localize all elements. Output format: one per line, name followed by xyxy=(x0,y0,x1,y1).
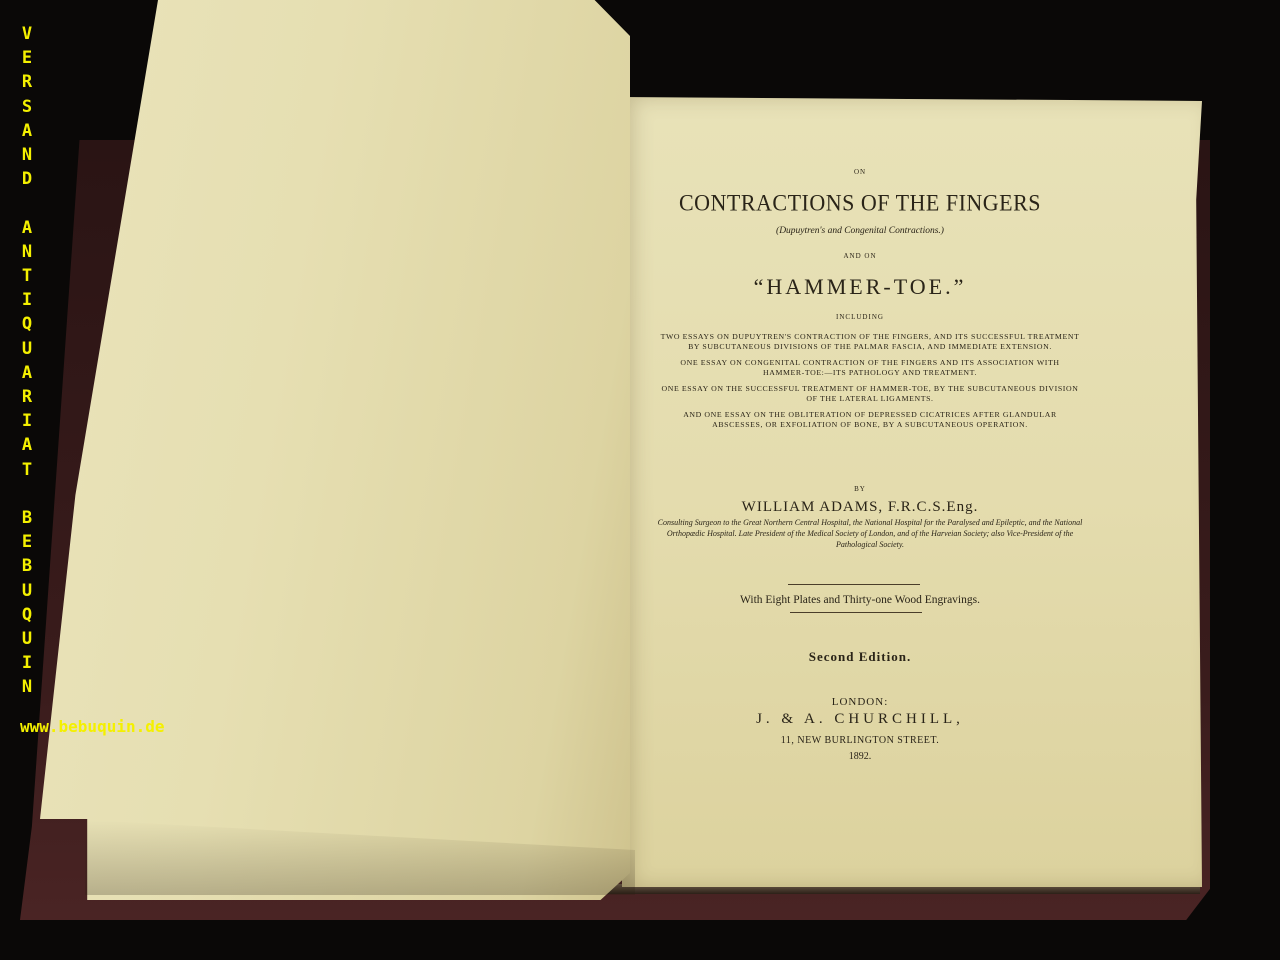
essay-item: TWO ESSAYS ON DUPUYTREN'S CONTRACTION OF… xyxy=(660,332,1080,352)
book-photo: ON CONTRACTIONS OF THE FINGERS (Dupuytre… xyxy=(0,0,1280,960)
including-label: INCLUDING xyxy=(640,313,1080,321)
and-on-label: AND ON xyxy=(640,252,1080,260)
essay-item: AND ONE ESSAY ON THE OBLITERATION OF DEP… xyxy=(660,410,1080,430)
plates-note: With Eight Plates and Thirty-one Wood En… xyxy=(640,594,1080,606)
essay-item: ONE ESSAY ON THE SUCCESSFUL TREATMENT OF… xyxy=(660,384,1080,404)
publisher-name: J. & A. CHURCHILL, xyxy=(640,711,1080,728)
book-title-2: “HAMMER-TOE.” xyxy=(640,274,1080,300)
watermark-website: www.bebuquin.de xyxy=(20,717,165,736)
author-bio: Consulting Surgeon to the Great Northern… xyxy=(650,517,1090,550)
divider-bottom xyxy=(790,612,922,613)
publisher-address: 11, NEW BURLINGTON STREET. xyxy=(640,735,1080,746)
flyleaf-page xyxy=(40,0,630,900)
by-label: BY xyxy=(640,485,1080,493)
edition-label: Second Edition. xyxy=(640,649,1080,665)
author-name: WILLIAM ADAMS, F.R.C.S.Eng. xyxy=(640,499,1080,516)
publication-year: 1892. xyxy=(640,751,1080,762)
book-title: CONTRACTIONS OF THE FINGERS xyxy=(640,189,1080,216)
watermark-vertical-text: V E R S A N D A N T I Q U A R I A T B E … xyxy=(18,22,36,700)
on-label: ON xyxy=(640,168,1080,176)
divider-top xyxy=(788,584,920,585)
essay-list: TWO ESSAYS ON DUPUYTREN'S CONTRACTION OF… xyxy=(660,332,1080,436)
essay-item: ONE ESSAY ON CONGENITAL CONTRACTION OF T… xyxy=(660,358,1080,378)
book-subtitle: (Dupuytren's and Congenital Contractions… xyxy=(640,226,1080,236)
publisher-city: LONDON: xyxy=(640,696,1080,708)
